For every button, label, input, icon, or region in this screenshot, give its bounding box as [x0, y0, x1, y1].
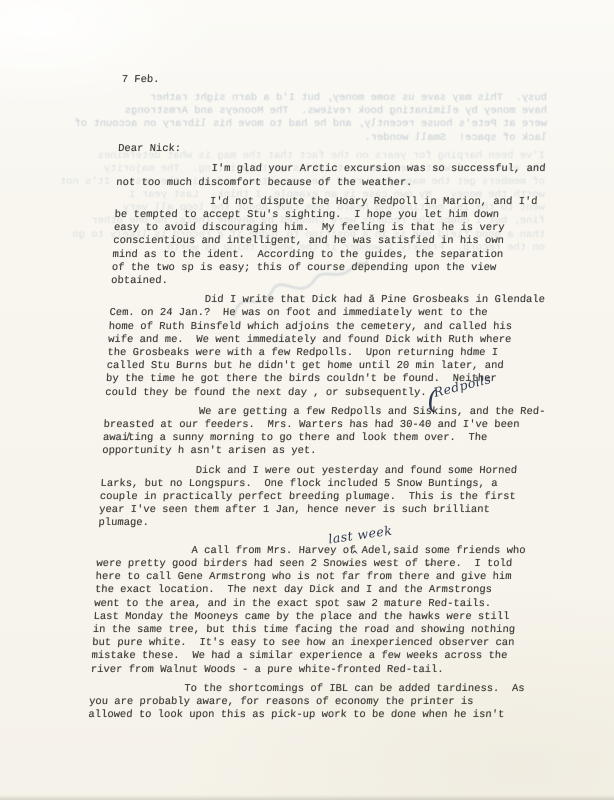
- letter-page: busy. This may save us some money, but I…: [0, 0, 614, 800]
- typed-line: the Grosbeaks were with a few Redpolls. …: [107, 347, 549, 360]
- typed-line: A call from Mrs. Harvey of Adel,said som…: [97, 545, 539, 558]
- letter-date: 7 Feb.: [121, 74, 563, 87]
- typed-line: were pretty good birders had seen 2 Snow…: [96, 558, 538, 571]
- body-paragraph: To the shortcomings of IBL can be added …: [88, 683, 531, 723]
- typed-line: here to call Gene Armstrong who is not f…: [95, 571, 537, 584]
- typed-line: awai̸ting a sunny morning to go there an…: [103, 432, 545, 445]
- typed-line: Larks, but no Longspurs. One flock inclu…: [100, 478, 542, 491]
- typed-line: home of Ruth Binsfeld which adjoins the …: [108, 321, 550, 334]
- body-paragraph: A call from Mrs. Harvey of Adel,said som…: [90, 545, 538, 677]
- typed-line: mind as to the ident. According to the g…: [112, 249, 554, 262]
- letter-salutation: Dear Nick:: [118, 143, 560, 156]
- typed-line: called Stu Burns but he didn't get home …: [106, 360, 548, 373]
- typed-line: To the shortcomings of IBL can be added …: [89, 683, 531, 696]
- typed-line: Dick and I were out yesterday and found …: [101, 465, 543, 478]
- typed-line: year I've seen them after 1 Jan, hence n…: [99, 504, 541, 517]
- typed-line: breasted at our feeders. Mrs. Warters ha…: [103, 419, 545, 432]
- typed-line: the exact location. The next day Dick an…: [95, 584, 537, 597]
- typed-line: opportunity h asn't arisen as yet.: [102, 445, 544, 458]
- typed-line: but pure white. It's easy to see how an …: [92, 637, 534, 650]
- typed-line: river from Walnut Woods - a pure white-f…: [90, 664, 532, 677]
- typed-letter-body: 7 Feb. Dear Nick: I'm glad your Arctic e…: [88, 74, 563, 728]
- typed-line: went to the area, and in the exact spot …: [94, 598, 536, 611]
- typed-line: of the two sp is easy; this of course de…: [111, 262, 553, 275]
- typed-line: allowed to look upon this as pick-up wor…: [88, 709, 530, 722]
- typed-line: in the same tree, but this time facing t…: [92, 624, 534, 637]
- letter-paragraphs: I'm glad your Arctic excursion was so su…: [88, 163, 558, 722]
- typed-line: wife and me. We went immediately and fou…: [108, 334, 550, 347]
- typed-line: Last Monday the Mooneys came by the plac…: [93, 611, 535, 624]
- typed-line: plumage.: [98, 517, 540, 530]
- typed-line: conscientious and intelligent, and he wa…: [113, 235, 555, 248]
- typed-line: We are getting a few Redpolls and Siskin…: [104, 406, 546, 419]
- typed-line: you are probably aware, for reasons of e…: [89, 696, 531, 709]
- body-paragraph: Dick and I were out yesterday and found …: [98, 465, 543, 531]
- typed-line: couple in practically perfect breeding p…: [99, 491, 541, 504]
- typed-line: Did I write that Dick had ă Pine Grosbea…: [110, 294, 552, 307]
- typed-line: easy to avoid discouraging him. My feeli…: [114, 222, 556, 235]
- typed-line: not too much discomfort because of the w…: [116, 177, 558, 190]
- body-paragraph: I'd not dispute the Hoary Redpoll in Mar…: [111, 196, 557, 288]
- typed-line: obtained.: [111, 275, 553, 288]
- typed-line: I'm glad your Arctic excursion was so su…: [117, 163, 559, 176]
- handwritten-insertion-caret: ^: [351, 550, 359, 562]
- body-paragraph: We are getting a few Redpolls and Siskin…: [102, 406, 546, 459]
- body-paragraph: I'm glad your Arctic excursion was so su…: [116, 163, 558, 189]
- typed-line: I'd not dispute the Hoary Redpoll in Mar…: [115, 196, 557, 209]
- typed-line: mistake these. We had a similar experien…: [91, 650, 533, 663]
- typed-line: Cem. on 24 Jan.? He was on foot and imme…: [109, 307, 551, 320]
- typed-line: be tempted to accept Stu's sighting. I h…: [114, 209, 556, 222]
- paper-bottom-edge: [0, 795, 614, 800]
